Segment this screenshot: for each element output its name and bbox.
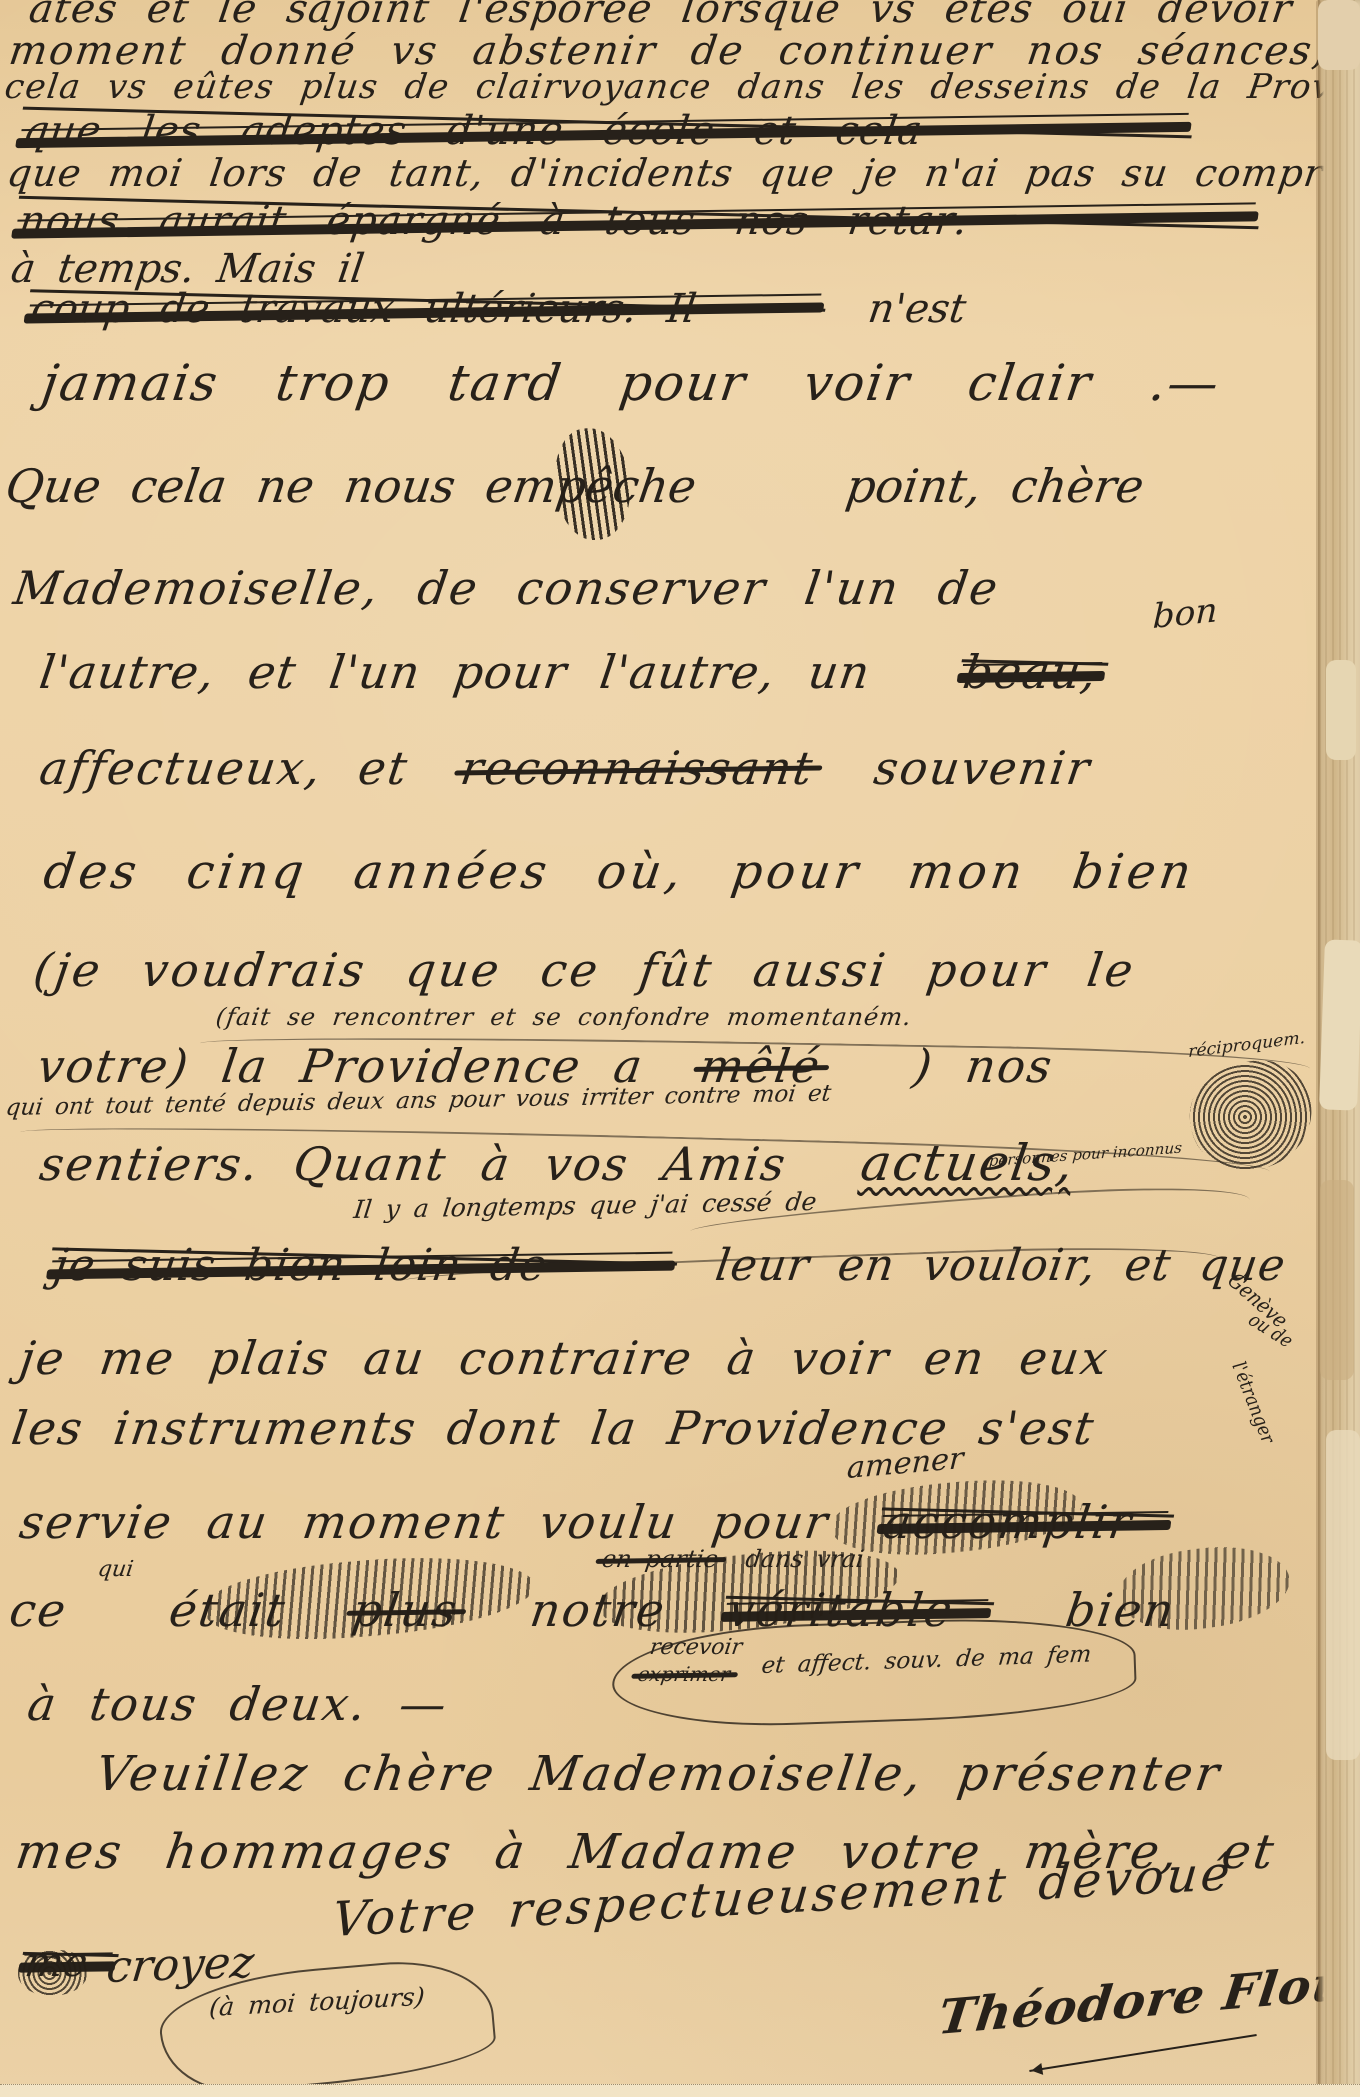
- line-text: ce: [6, 1583, 71, 1637]
- line-text: l'autre, et l'un pour l'autre, un: [36, 645, 873, 699]
- line-text: (je voudrais que ce fût aussi pour le: [30, 943, 1139, 997]
- signature-flourish: [1029, 2034, 1256, 2072]
- line-text: bon: [1152, 591, 1218, 637]
- text-line-struck: nous aurait épargné à tous nos retar:: [16, 196, 1253, 246]
- line-text: servie au moment voulu pour: [16, 1495, 833, 1549]
- ink-blot: [18, 1950, 88, 1996]
- struck-text: exprimer: [636, 1662, 732, 1687]
- line-text: l'étranger: [1227, 1358, 1278, 1448]
- text-line: sentiers. Quant à vos Amis actuels,: [36, 1132, 1079, 1195]
- line-text: Théodore Flournoy: [935, 1944, 1360, 2046]
- line-text: cela vs eûtes plus de clairvoyance dans …: [2, 67, 1360, 107]
- struck-text: reconnaissant: [457, 740, 818, 798]
- line-text: recevoir: [648, 1635, 744, 1660]
- struck-text: coup de travaux ultérieurs. Il: [28, 284, 819, 334]
- line-text: (fait se rencontrer et se confondre mome…: [214, 1003, 914, 1031]
- interline-insertion: (fait se rencontrer et se confondre mome…: [214, 1002, 914, 1032]
- line-text: ) nos: [910, 1039, 1057, 1093]
- text-line-struck: que les adeptes d'une école et cela: [20, 106, 1186, 156]
- text-line: (je voudrais que ce fût aussi pour le: [30, 942, 1139, 1000]
- line-text: à tous deux. —: [24, 1677, 451, 1731]
- torn-patch: [1326, 1430, 1360, 1760]
- line-text: affectueux, et: [36, 741, 412, 795]
- text-line: des cinq années où, pour mon bien: [40, 842, 1199, 902]
- line-text: que moi lors de tant, d'incidents que je…: [4, 151, 1360, 195]
- text-line: l'autre, et l'un pour l'autre, un beau,: [36, 644, 1101, 702]
- line-text: amener: [846, 1441, 964, 1486]
- text-line: que moi lors de tant, d'incidents que je…: [4, 150, 1360, 198]
- struck-text: nous aurait épargné à tous nos retar:: [16, 196, 1253, 246]
- torn-patch: [1320, 1180, 1354, 1380]
- interline-correction: bon: [1152, 590, 1218, 639]
- line-text: point, chère: [843, 459, 1148, 513]
- ink-scribble: [552, 426, 634, 543]
- struck-text: que les adeptes d'une école et cela: [20, 106, 1186, 156]
- text-line: je suis bien loin de leur en vouloir, et…: [50, 1238, 1289, 1293]
- line-text: n'est: [865, 286, 968, 332]
- torn-patch: [1318, 0, 1360, 70]
- text-line: je me plais au contraire à voir en eux: [16, 1330, 1113, 1388]
- torn-patch: [1326, 660, 1356, 760]
- signature: Théodore Flournoy: [935, 1942, 1360, 2048]
- scan-bottom-edge: [0, 2084, 1360, 2097]
- struck-text: je suis bien loin de: [50, 1238, 671, 1293]
- annotation-text: exprimer: [636, 1662, 732, 1687]
- line-text: sentiers. Quant à vos Amis: [36, 1137, 790, 1191]
- line-text: leur en vouloir, et que: [712, 1240, 1289, 1291]
- line-text: Mademoiselle, de conserver l'un de: [10, 561, 1002, 615]
- manuscript-letter-page: ates et le sajoint l'esporée lorsque vs …: [0, 0, 1360, 2097]
- line-text: qui: [96, 1557, 135, 1582]
- line-text: jamais trop tard pour voir clair .—: [38, 354, 1224, 412]
- line-text: des cinq années où, pour mon bien: [40, 844, 1198, 900]
- text-line: jamais trop tard pour voir clair .—: [38, 352, 1224, 415]
- margin-note: l'étranger: [1226, 1358, 1279, 1448]
- line-text: je me plais au contraire à voir en eux: [16, 1331, 1112, 1385]
- annotation-text: recevoir: [648, 1634, 744, 1662]
- text-line: Mademoiselle, de conserver l'un de: [10, 560, 1003, 618]
- line-text: Veuillez chère Mademoiselle, présenter: [92, 1746, 1225, 1802]
- line-text: souvenir: [871, 741, 1095, 795]
- torn-patch: [1319, 939, 1360, 1110]
- text-line-struck: coup de travaux ultérieurs. Il n'est: [28, 284, 969, 334]
- struck-text: beau,: [960, 644, 1101, 702]
- text-line: à tous deux. —: [24, 1676, 452, 1734]
- text-line: affectueux, et reconnaissant souvenir: [36, 740, 1095, 798]
- interline-correction: qui: [96, 1556, 135, 1584]
- text-line: Veuillez chère Mademoiselle, présenter: [92, 1744, 1226, 1804]
- line-text: Il y a longtemps que j'ai cessé de: [352, 1187, 818, 1224]
- text-line: cela vs eûtes plus de clairvoyance dans …: [2, 66, 1360, 109]
